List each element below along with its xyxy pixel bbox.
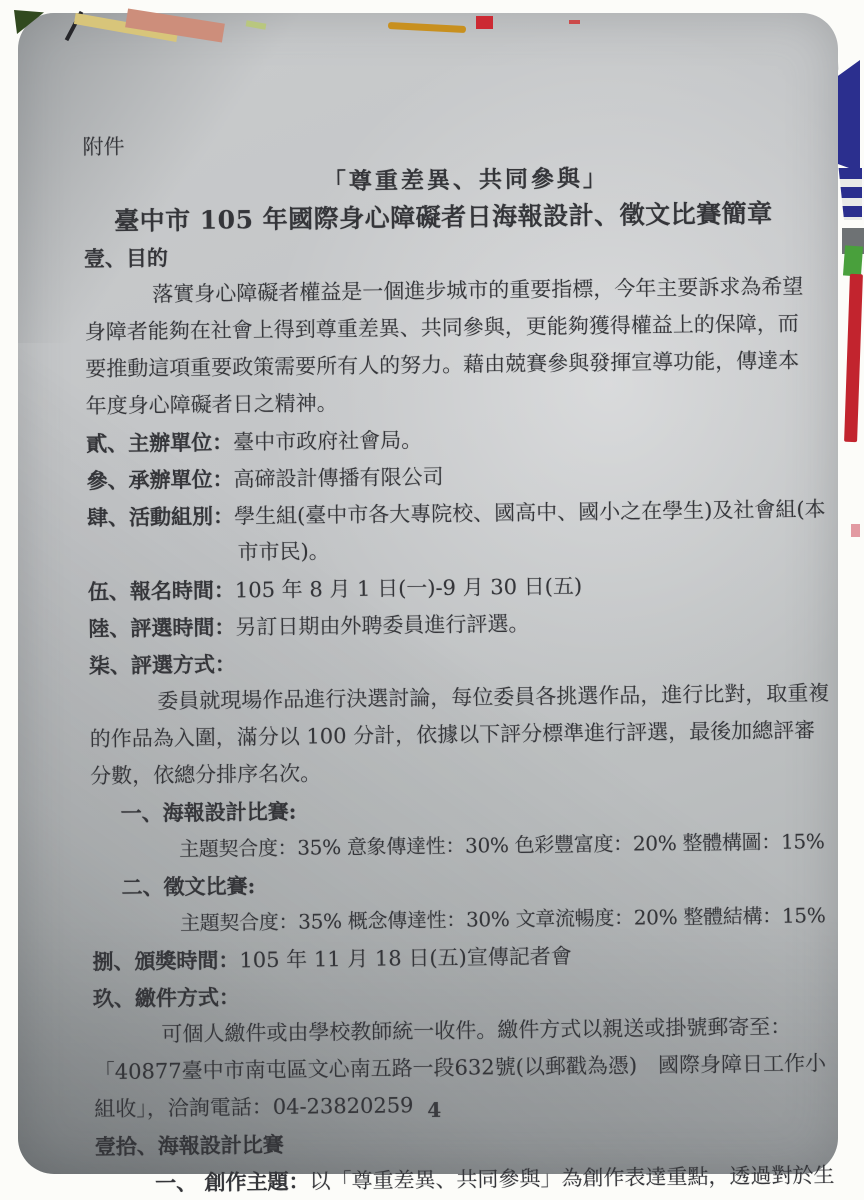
document-page: 附件 「尊重差異、共同參與」 臺中市 105 年國際身心障礙者日海報設計、徵文比… xyxy=(18,13,838,1174)
document-content: 附件 「尊重差異、共同參與」 臺中市 105 年國際身心障礙者日海報設計、徵文比… xyxy=(11,8,845,1179)
top-edge-red-paper xyxy=(476,16,493,29)
groups-label: 肆、活動組別： xyxy=(87,503,234,530)
award-time-value: 105 年 11 月 18 日(五)宣傳記者會 xyxy=(239,944,572,972)
award-time-label: 捌、頒獎時間： xyxy=(92,947,239,974)
judging-time-label: 陸、評選時間： xyxy=(88,614,235,641)
top-edge-red-dash xyxy=(569,20,580,24)
background-red-paper xyxy=(844,274,863,442)
judging-time-value: 另訂日期由外聘委員進行評選。 xyxy=(235,612,529,640)
registration-value: 105 年 8 月 1 日(一)-9 月 30 日(五) xyxy=(235,574,582,602)
background-green-paper xyxy=(843,245,863,276)
registration-label: 伍、報名時間： xyxy=(88,577,235,604)
co-organizer-value: 高碲設計傳播有限公司 xyxy=(233,465,443,492)
groups-value: 學生組(臺中市各大專院校、國高中、國小之在學生)及社會組(本 xyxy=(234,497,826,528)
background-pink-speck xyxy=(851,524,860,537)
creation-theme-value: 以「尊重差異、共同參與」為創作表達重點，透過對於生 xyxy=(309,1163,834,1193)
organizer-value: 臺中市政府社會局。 xyxy=(233,428,422,454)
organizer-label: 貳、主辦單位： xyxy=(86,429,233,456)
creation-theme-item: 一、 創作主題：以「尊重差異、共同參與」為創作表達重點，透過對於生 xyxy=(95,1156,815,1200)
co-organizer-label: 參、承辦單位： xyxy=(86,466,233,493)
photo-frame: 附件 「尊重差異、共同參與」 臺中市 105 年國際身心障礙者日海報設計、徵文比… xyxy=(0,0,864,1200)
creation-theme-label: 一、 創作主題： xyxy=(155,1168,310,1195)
